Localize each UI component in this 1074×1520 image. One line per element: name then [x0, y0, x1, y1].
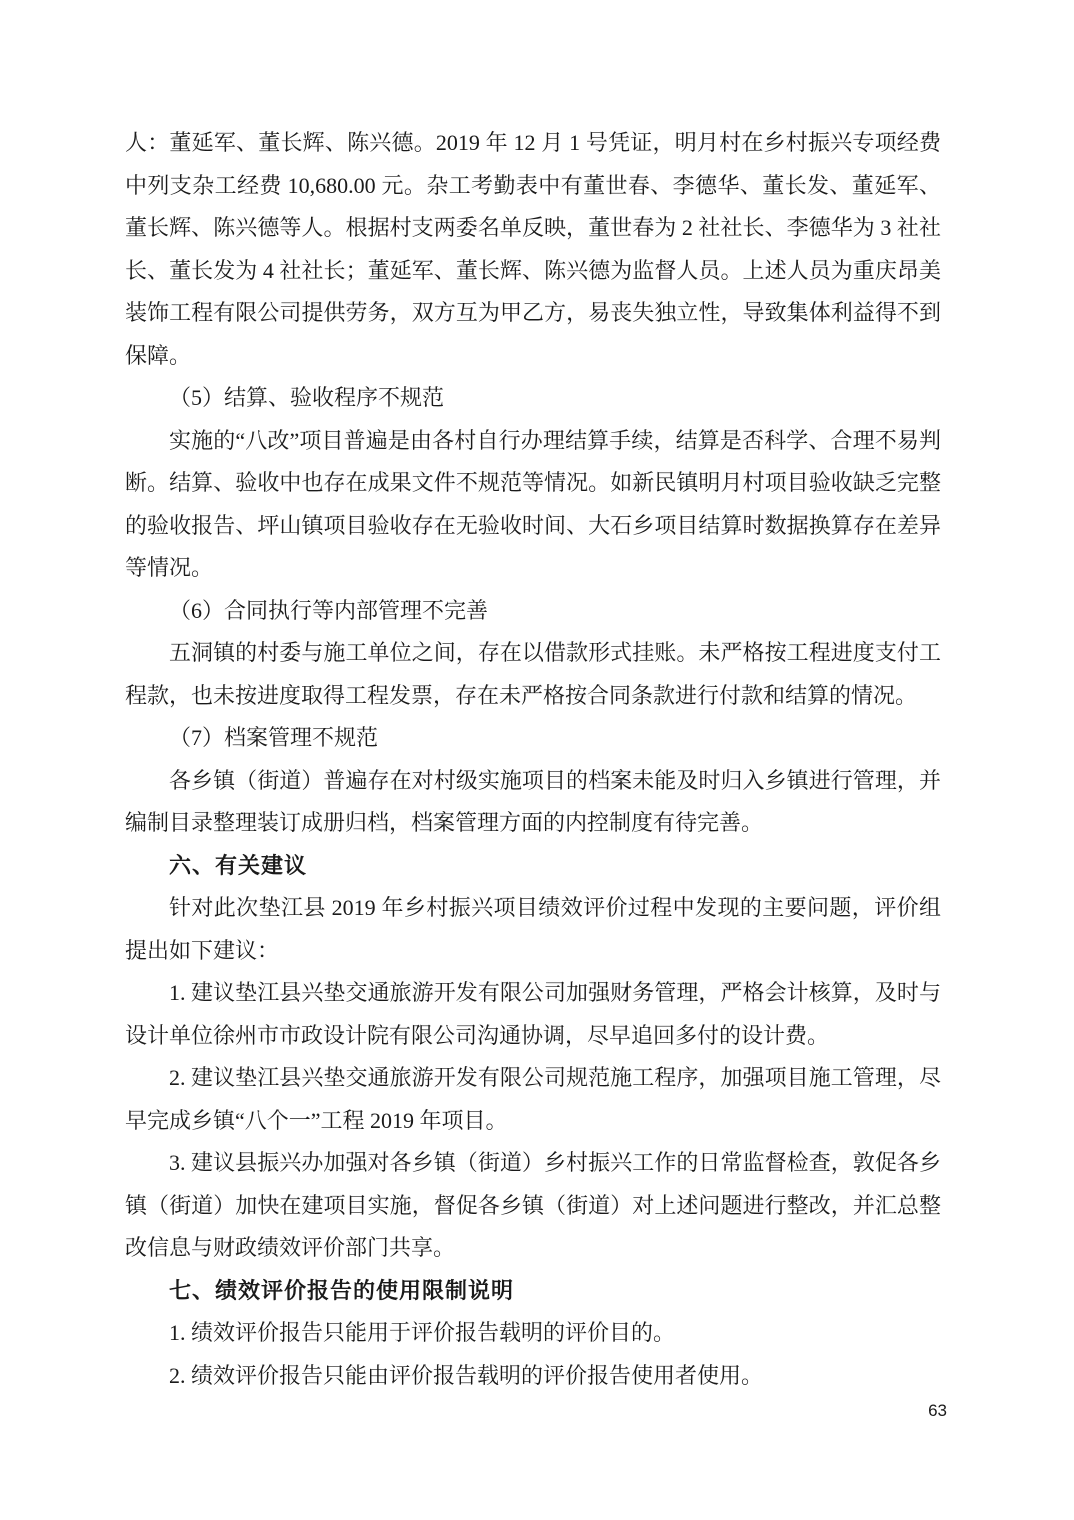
section-heading: 七、绩效评价报告的使用限制说明 — [125, 1270, 941, 1313]
paragraph: 针对此次垫江县 2019 年乡村振兴项目绩效评价过程中发现的主要问题，评价组提出… — [125, 887, 941, 972]
report-body: 人：董延军、董长辉、陈兴德。2019 年 12 月 1 号凭证，明月村在乡村振兴… — [125, 122, 941, 1397]
paragraph: 3. 建议县振兴办加强对各乡镇（街道）乡村振兴工作的日常监督检查，敦促各乡镇（街… — [125, 1142, 941, 1270]
paragraph: （5）结算、验收程序不规范 — [125, 377, 941, 420]
paragraph: 1. 绩效评价报告只能用于评价报告载明的评价目的。 — [125, 1312, 941, 1355]
paragraph: 2. 建议垫江县兴垫交通旅游开发有限公司规范施工程序，加强项目施工管理，尽早完成… — [125, 1057, 941, 1142]
page-number: 63 — [928, 1401, 947, 1420]
paragraph: （6）合同执行等内部管理不完善 — [125, 590, 941, 633]
paragraph: （7）档案管理不规范 — [125, 717, 941, 760]
paragraph: 五洞镇的村委与施工单位之间，存在以借款形式挂账。未严格按工程进度支付工程款，也未… — [125, 632, 941, 717]
page-footer: 63 — [928, 1400, 947, 1422]
paragraph: 实施的“八改”项目普遍是由各村自行办理结算手续，结算是否科学、合理不易判断。结算… — [125, 420, 941, 590]
paragraph: 2. 绩效评价报告只能由评价报告载明的评价报告使用者使用。 — [125, 1355, 941, 1398]
paragraph: 1. 建议垫江县兴垫交通旅游开发有限公司加强财务管理，严格会计核算，及时与设计单… — [125, 972, 941, 1057]
document-page: 人：董延军、董长辉、陈兴德。2019 年 12 月 1 号凭证，明月村在乡村振兴… — [0, 0, 1074, 1520]
paragraph: 人：董延军、董长辉、陈兴德。2019 年 12 月 1 号凭证，明月村在乡村振兴… — [125, 122, 941, 377]
section-heading: 六、有关建议 — [125, 845, 941, 888]
paragraph: 各乡镇（街道）普遍存在对村级实施项目的档案未能及时归入乡镇进行管理，并编制目录整… — [125, 760, 941, 845]
